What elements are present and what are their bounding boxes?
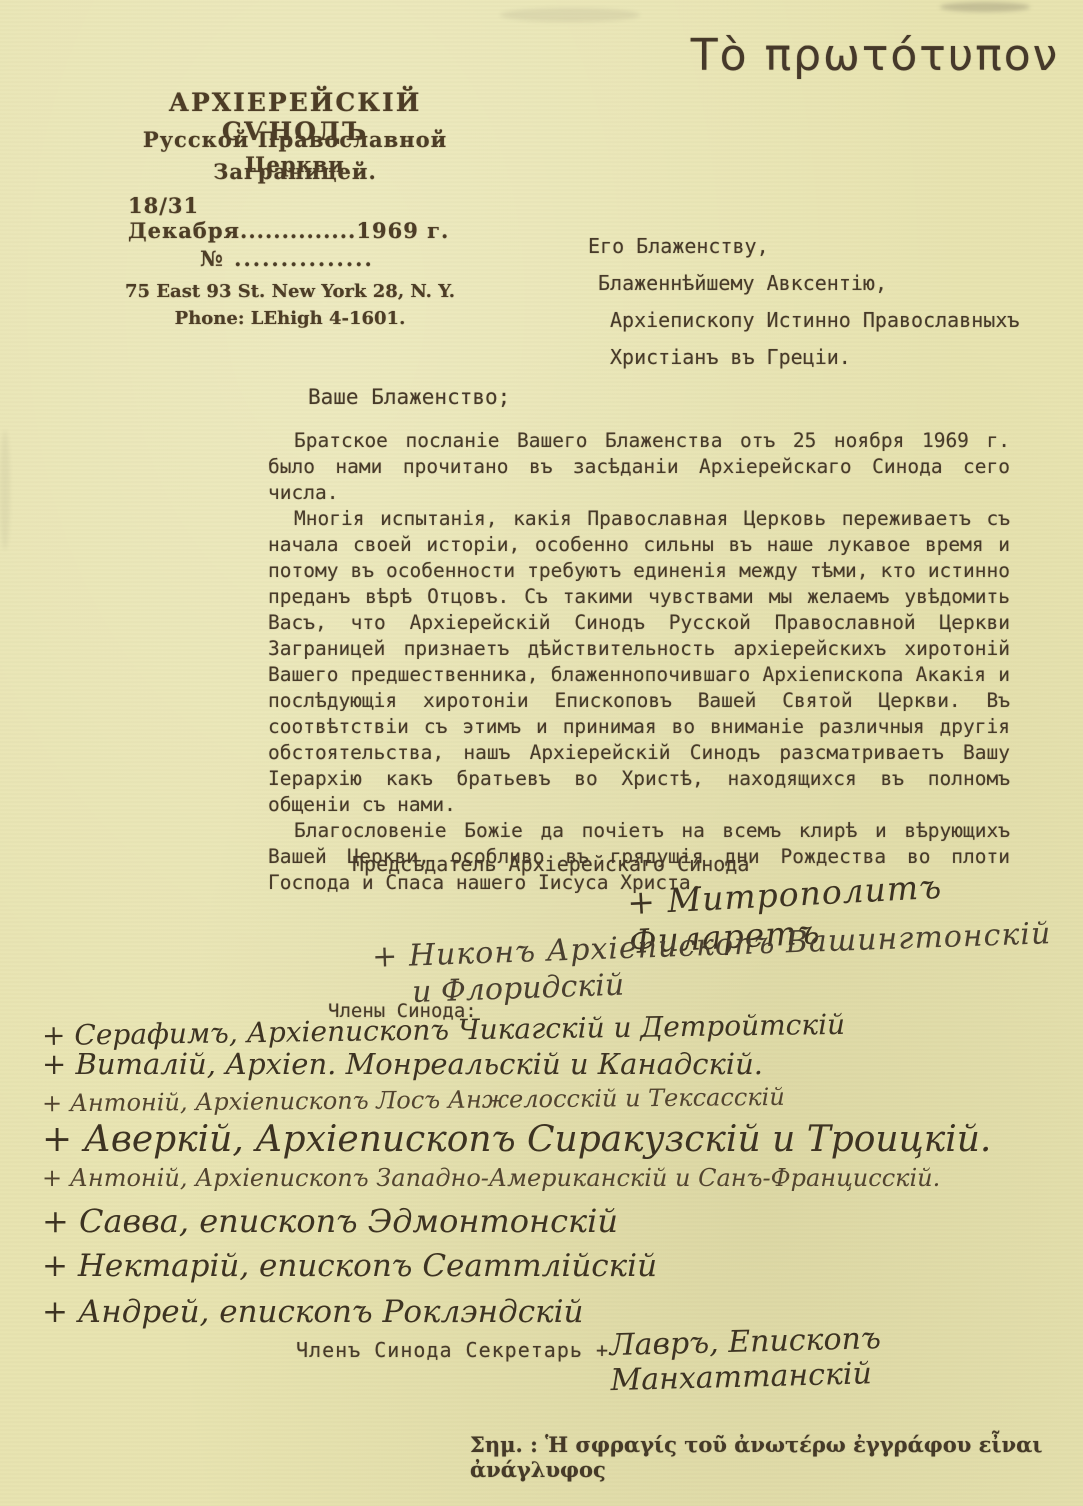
letterhead-address: 75 East 93 St. New York 28, N. Y. [100,281,480,302]
body-paragraph-2: Многія испытанія, какія Православная Цер… [268,506,1010,818]
synod-members-list: + Серафимъ, Архіепископъ Чикагскій и Дет… [42,1012,1052,1330]
salutation: Ваше Блаженство; [308,385,510,409]
member-signature: + Савва, епископъ Эдмонтонскій [42,1202,1052,1240]
recipient-line: Христіанъ въ Греціи. [610,339,1048,376]
member-signature: + Антоній, Архіепископъ Лосъ Анжелосскій… [42,1081,1052,1118]
member-signature: + Виталій, Архіеп. Монреальскій и Канадс… [42,1047,1052,1081]
secretary-signature: Лавръ, Епископъ Манхаттанскій [609,1316,1081,1398]
scan-smudge [0,430,10,550]
letter-body: Братское посланіе Вашего Блаженства отъ … [268,428,1010,896]
member-signature: + Аверкій, Архіепископъ Сиракузскій и Тр… [42,1119,1052,1160]
scan-smudge [500,8,640,22]
greek-footnote: Σημ. : Ἡ σφραγίς τοῦ ἀνωτέρω ἐγγράφου εἶ… [470,1432,1070,1482]
member-signature: + Серафимъ, Архіепископъ Чикагскій и Дет… [42,1005,1052,1052]
secretary-label: Членъ Синода Секретарь + [296,1338,609,1362]
letterhead-phone: Phone: LEhigh 4-1601. [100,308,480,329]
greek-original-header: Τὸ πρωτότυπον [690,30,1060,81]
recipient-line: Блаженнѣйшему Авксентію, [598,265,1048,302]
letter-number-line: № ............... [200,246,500,271]
recipient-line: Архіепископу Истинно Православныхъ [610,302,1048,339]
recipient-block: Его Блаженству, Блаженнѣйшему Авксентію,… [588,228,1048,376]
member-signature: + Антоній, Архіепископъ Западно-Американ… [42,1164,1052,1192]
scan-smudge [940,2,1030,12]
letter-date: 18/31 Декабря..............1969 г. [128,193,488,243]
member-signature: + Нектарій, епископъ Сеаттлійскій [42,1248,1052,1284]
body-paragraph-1: Братское посланіе Вашего Блаженства отъ … [268,428,1010,506]
recipient-line: Его Блаженству, [588,228,1048,265]
letterhead-org-subtitle2: Заграницей. [110,159,480,184]
chairman-title: Предсѣдатель Архіерейскаго Синода [352,852,749,876]
scanned-letter-page: Τὸ πρωτότυπον АРХІЕРЕЙСКІЙ СѴНОДЪ Русско… [0,0,1083,1506]
